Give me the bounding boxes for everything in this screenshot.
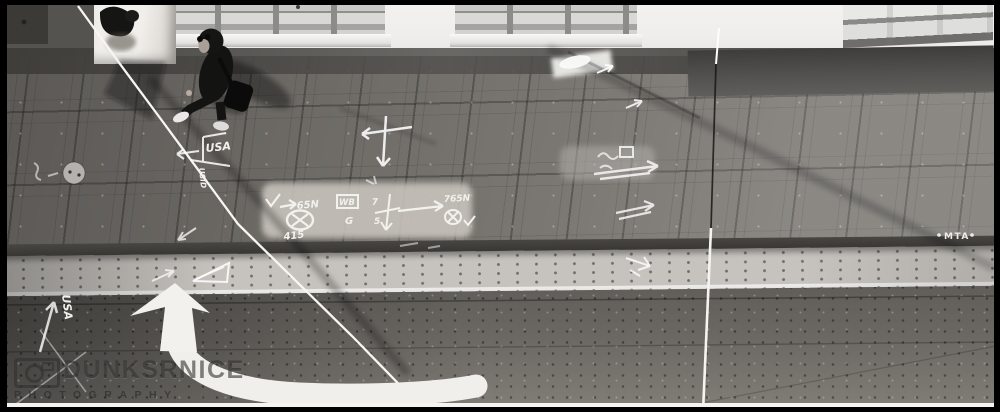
paint-arrow-right-long [398, 201, 443, 211]
paint-arrow-right [616, 201, 654, 219]
usa-street-marking: USA [40, 294, 75, 352]
usa-street-text: USA [59, 294, 75, 321]
utility-cap [63, 162, 85, 184]
check-mark [266, 194, 280, 206]
paint-ticks [366, 176, 376, 184]
circle-x-cross [292, 214, 308, 226]
brand-subtitle: PHOTOGRAPHY [14, 389, 245, 401]
paint-arrow-up [40, 302, 57, 352]
5-text: 5 [374, 217, 380, 227]
pedestrian [171, 29, 297, 132]
brand-text: DUNKSRNICE [63, 356, 245, 384]
usa-text: USA [205, 139, 232, 155]
pedestrian-hand [186, 90, 192, 96]
street-seam [0, 342, 1000, 352]
pedestrian-leg-back [220, 102, 222, 120]
sunglasses [197, 36, 203, 42]
frame-top [0, 0, 1000, 5]
pedestrian-shoe [212, 120, 229, 131]
utility-cap-hole [77, 173, 80, 176]
photo-detail-overlay: USA USID 65N 415 WB G 7 5 765N [0, 0, 1000, 412]
frame-right [994, 0, 1000, 412]
wire-shadow-short [340, 108, 436, 144]
paint-cross-arrow [362, 116, 412, 166]
7-text: 7 [372, 198, 380, 208]
wb-text: WB [339, 198, 355, 208]
watermark: DUNKSRNICE PHOTOGRAPHY [14, 356, 245, 401]
camera-icon [14, 358, 60, 388]
mta-text: MTA [944, 232, 970, 242]
chalk-scribble [34, 163, 58, 180]
chalk-arrow-outline [152, 267, 224, 281]
boxed-mark [620, 147, 633, 157]
utility-marking-cluster: 65N 415 WB G 7 5 765N [266, 194, 475, 243]
hanging-cable-mid [711, 64, 716, 228]
hanging-cable-bottom [703, 228, 711, 412]
415-text: 415 [282, 230, 305, 244]
turn-arrow-head [130, 283, 210, 352]
mta-dot [937, 233, 941, 237]
photo: USA USID 65N 415 WB G 7 5 765N [0, 0, 1000, 412]
chalk-arrow-outline [626, 257, 650, 276]
pavement-dot [22, 20, 27, 25]
hanging-cable-top [716, 28, 719, 64]
pipe-shadow [106, 33, 136, 51]
utility-cap-hole [68, 170, 71, 173]
frame-bottom [0, 407, 1000, 412]
camera-flash [41, 362, 54, 371]
frame-left [0, 0, 7, 412]
usid-text: USID [197, 167, 208, 188]
paint-arrow-small [178, 228, 196, 240]
pipe-fixture-cap [125, 10, 139, 22]
chalk-squiggle [598, 153, 618, 169]
g-text: G [345, 216, 353, 227]
faint-curb-marks [400, 243, 440, 248]
paint-arrow-right [594, 161, 658, 179]
sunglasses [205, 34, 211, 40]
paint-arrow-small [626, 100, 642, 108]
765n-text: 765N [444, 194, 471, 205]
wall-mark [296, 5, 300, 9]
usa-sidewalk-marking: USA USID [177, 133, 232, 240]
mta-dot [970, 233, 974, 237]
paint-arrow-right [280, 200, 296, 209]
